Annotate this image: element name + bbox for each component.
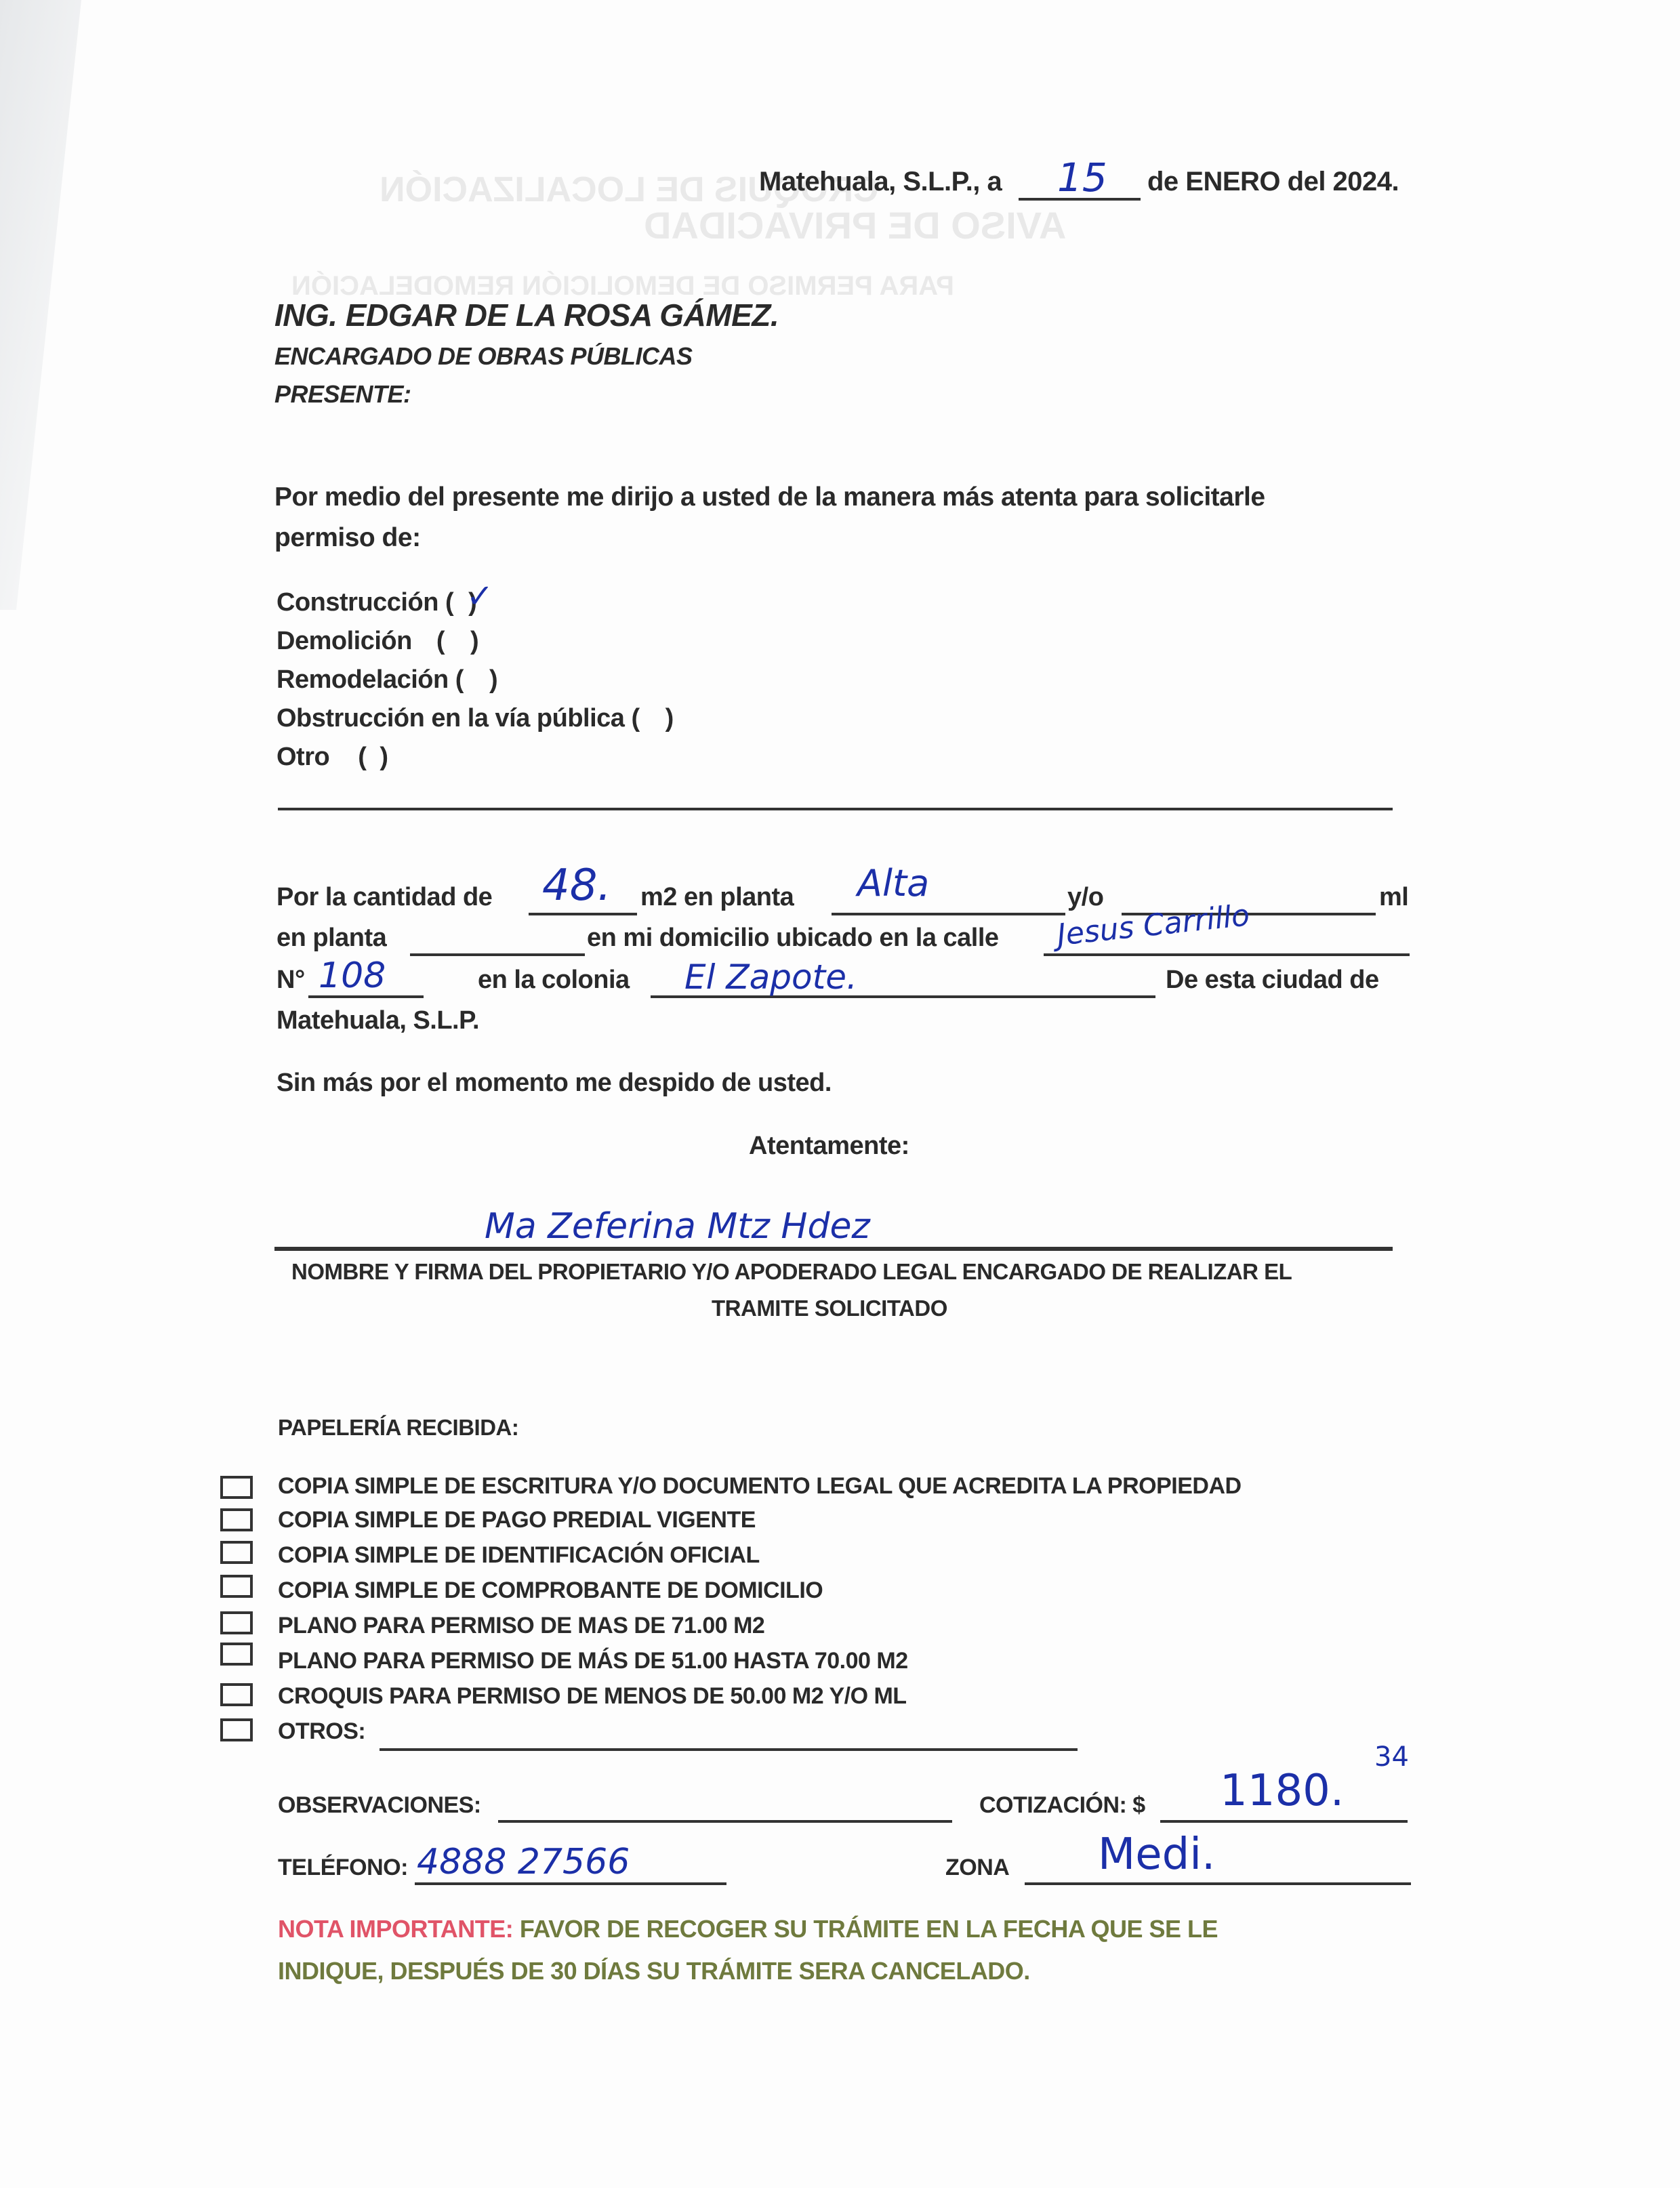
telefono-field-line: [415, 1882, 726, 1885]
planta-field-line: [832, 913, 1065, 915]
farewell-text: Sin más por el momento me despido de ust…: [276, 1069, 832, 1098]
zona-label: ZONA: [945, 1855, 1009, 1881]
zona-field[interactable]: Medi.: [1098, 1830, 1215, 1880]
note-text-1: FAVOR DE RECOGER SU TRÁMITE EN LA FECHA …: [520, 1915, 1218, 1943]
en-planta-field-line[interactable]: [410, 953, 585, 956]
number-label: N°: [276, 966, 305, 995]
document-checkbox[interactable]: [220, 1718, 253, 1741]
cotizacion-cents: 34: [1374, 1741, 1409, 1773]
observaciones-label: OBSERVACIONES:: [278, 1792, 481, 1819]
day-field[interactable]: 15: [1057, 154, 1107, 201]
permit-type-otro[interactable]: Otro(): [276, 743, 388, 772]
telefono-field[interactable]: 4888 27566: [417, 1842, 630, 1882]
cotizacion-field[interactable]: 1180.: [1220, 1766, 1344, 1816]
permit-type-obstruccion[interactable]: Obstrucción en la vía pública (): [276, 704, 674, 733]
ml-label: ml: [1379, 883, 1408, 912]
quantity-field[interactable]: 48.: [542, 861, 611, 911]
observaciones-field-line[interactable]: [498, 1820, 952, 1823]
document-item: COPIA SIMPLE DE IDENTIFICACIÓN OFICIAL: [278, 1542, 760, 1569]
permit-type-close: ): [380, 743, 388, 771]
planta-field[interactable]: Alta: [857, 862, 929, 905]
document-checkbox[interactable]: [220, 1683, 253, 1706]
important-note: NOTA IMPORTANTE: FAVOR DE RECOGER SU TRÁ…: [278, 1915, 1218, 1943]
permit-type-construccion[interactable]: Construcción (): [276, 588, 476, 617]
zona-field-line: [1025, 1882, 1411, 1885]
document-item: OTROS:: [278, 1718, 365, 1745]
document-checkbox[interactable]: [220, 1643, 253, 1666]
permit-type-label: Remodelación (: [276, 665, 464, 694]
document-checkbox[interactable]: [220, 1611, 253, 1634]
document-item: CROQUIS PARA PERMISO DE MENOS DE 50.00 M…: [278, 1683, 907, 1710]
city-label-1: De esta ciudad de: [1166, 966, 1379, 995]
permit-type-remodelacion[interactable]: Remodelación (): [276, 665, 497, 695]
domicilio-label: en mi domicilio ubicado en la calle: [587, 924, 999, 953]
place-date-prefix: Matehuala, S.L.P., a: [759, 167, 1002, 197]
scan-page-edge: [0, 0, 81, 610]
permit-type-close: ): [665, 704, 674, 732]
document-item: PLANO PARA PERMISO DE MÁS DE 51.00 HASTA…: [278, 1648, 908, 1674]
signature-field[interactable]: Ma Zeferina Mtz Hdez: [485, 1206, 870, 1247]
document-item: PLANO PARA PERMISO DE MAS DE 71.00 M2: [278, 1613, 764, 1639]
permit-type-open: (: [436, 627, 445, 655]
signature-caption-2: TRAMITE SOLICITADO: [712, 1296, 947, 1321]
check-mark-icon: ✓: [466, 577, 493, 615]
permit-type-close: ): [470, 627, 478, 655]
permit-type-label: Construcción (: [276, 588, 453, 617]
documents-title: PAPELERÍA RECIBIDA:: [278, 1415, 518, 1441]
colonia-field[interactable]: El Zapote.: [684, 957, 857, 997]
note-label: NOTA IMPORTANTE:: [278, 1915, 513, 1943]
document-item: COPIA SIMPLE DE ESCRITURA Y/O DOCUMENTO …: [278, 1473, 1242, 1500]
en-planta-label: en planta: [276, 924, 386, 953]
cotizacion-label: COTIZACIÓN: $: [979, 1792, 1145, 1819]
permit-type-open: (: [358, 743, 366, 771]
intro-line-2: permiso de:: [274, 523, 421, 553]
permit-type-demolicion[interactable]: Demolición(): [276, 627, 478, 656]
permit-type-label: Otro: [276, 743, 329, 771]
bleed-through-text: AVISO DE PRIVACIDAD: [644, 203, 1066, 247]
m2-label: m2 en planta: [640, 883, 794, 912]
permit-type-close: ): [489, 665, 497, 694]
number-field[interactable]: 108: [319, 955, 386, 996]
document-item: COPIA SIMPLE DE COMPROBANTE DE DOMICILIO: [278, 1577, 823, 1604]
recipient-position: ENCARGADO DE OBRAS PÚBLICAS: [274, 342, 693, 371]
document-item: COPIA SIMPLE DE PAGO PREDIAL VIGENTE: [278, 1507, 756, 1533]
document-checkbox[interactable]: [220, 1541, 253, 1564]
signature-line: [274, 1247, 1393, 1251]
otro-specify-line[interactable]: [278, 808, 1393, 810]
colonia-label: en la colonia: [478, 966, 630, 995]
intro-line-1: Por medio del presente me dirijo a usted…: [274, 482, 1265, 512]
document-checkbox[interactable]: [220, 1476, 253, 1499]
recipient-name: ING. EDGAR DE LA ROSA GÁMEZ.: [274, 297, 779, 333]
street-field-line: [1044, 953, 1410, 956]
document-checkbox[interactable]: [220, 1575, 253, 1598]
document-checkbox[interactable]: [220, 1508, 253, 1531]
quantity-field-line: [529, 913, 637, 915]
city-label-2: Matehuala, S.L.P.: [276, 1006, 479, 1035]
otros-field-line[interactable]: [380, 1748, 1078, 1751]
telefono-label: TELÉFONO:: [278, 1855, 408, 1881]
recipient-greeting: PRESENTE:: [274, 380, 411, 409]
cotizacion-field-line: [1160, 1820, 1408, 1823]
permit-type-label: Obstrucción en la vía pública (: [276, 704, 640, 732]
note-text-2: INDIQUE, DESPUÉS DE 30 DÍAS SU TRÁMITE S…: [278, 1957, 1030, 1985]
permit-type-label: Demolición: [276, 627, 412, 655]
place-date-suffix: de ENERO del 2024.: [1147, 167, 1399, 197]
quantity-label: Por la cantidad de: [276, 883, 492, 912]
regards-text: Atentamente:: [749, 1132, 909, 1161]
yo-label: y/o: [1067, 883, 1103, 912]
signature-caption-1: NOMBRE Y FIRMA DEL PROPIETARIO Y/O APODE…: [291, 1259, 1292, 1285]
